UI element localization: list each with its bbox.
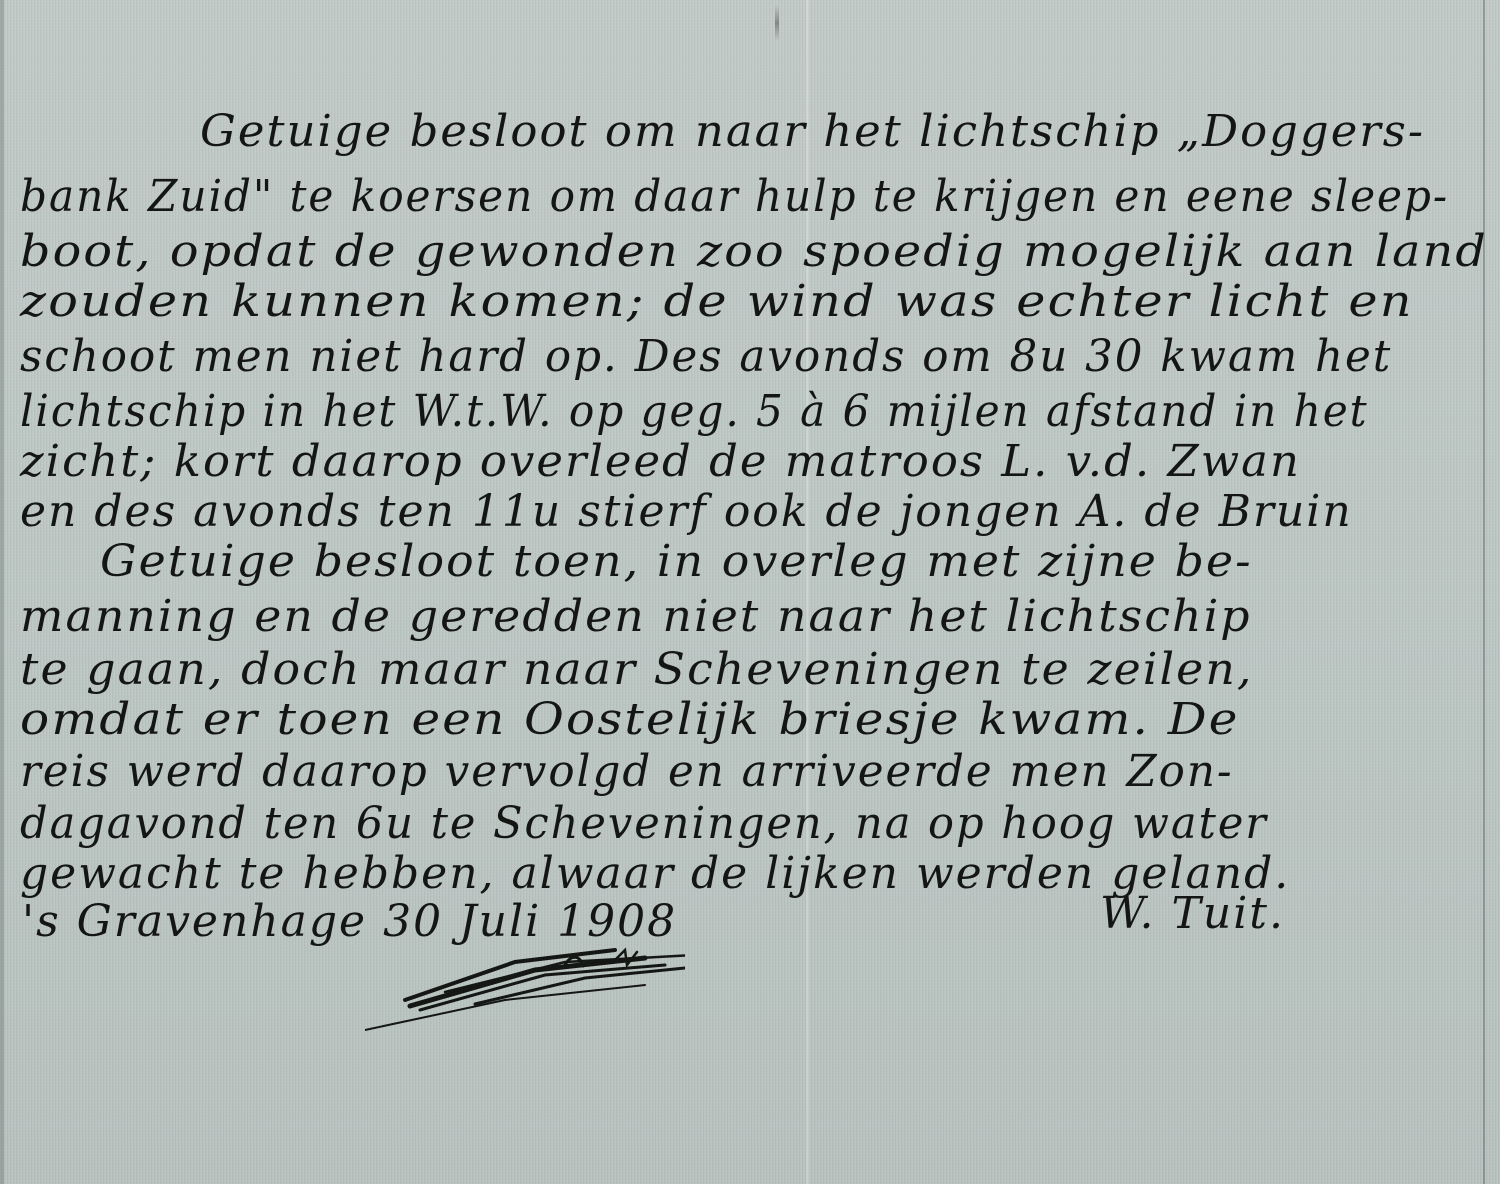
text-line: zicht; kort daarop overleed de matroos L…: [20, 440, 1301, 484]
text-line: Getuige besloot toen, in overleg met zij…: [100, 540, 1253, 584]
text-line: schoot men niet hard op. Des avonds om 8…: [20, 335, 1392, 379]
text-line: manning en de geredden niet naar het lic…: [20, 595, 1252, 639]
text-line: te gaan, doch maar naar Scheveningen te …: [20, 648, 1254, 692]
text-line: lichtschip in het W.t.W. op geg. 5 à 6 m…: [20, 390, 1369, 434]
paper-edge-right: [1483, 0, 1485, 1184]
signature-scribble: [365, 940, 685, 1035]
text-line: en des avonds ten 11u stierf ook de jong…: [20, 490, 1353, 534]
place-date: 's Gravenhage 30 Juli 1908: [22, 900, 677, 944]
text-line: reis werd daarop vervolgd en arriveerde …: [20, 750, 1234, 794]
signer-name: W. Tuit.: [1100, 892, 1285, 936]
text-line: Getuige besloot om naar het lichtschip „…: [200, 110, 1425, 154]
paper-edge-left: [0, 0, 4, 1184]
text-line: boot, opdat de gewonden zoo spoedig moge…: [20, 230, 1488, 274]
text-line: bank Zuid" te koersen om daar hulp te kr…: [20, 175, 1449, 219]
text-line: zouden kunnen komen; de wind was echter …: [20, 280, 1414, 324]
text-line: dagavond ten 6u te Scheveningen, na op h…: [20, 802, 1268, 846]
text-line: omdat er toen een Oostelijk briesje kwam…: [20, 698, 1240, 742]
document-page: Getuige besloot om naar het lichtschip „…: [0, 0, 1500, 1184]
paper-mark: [775, 5, 779, 41]
